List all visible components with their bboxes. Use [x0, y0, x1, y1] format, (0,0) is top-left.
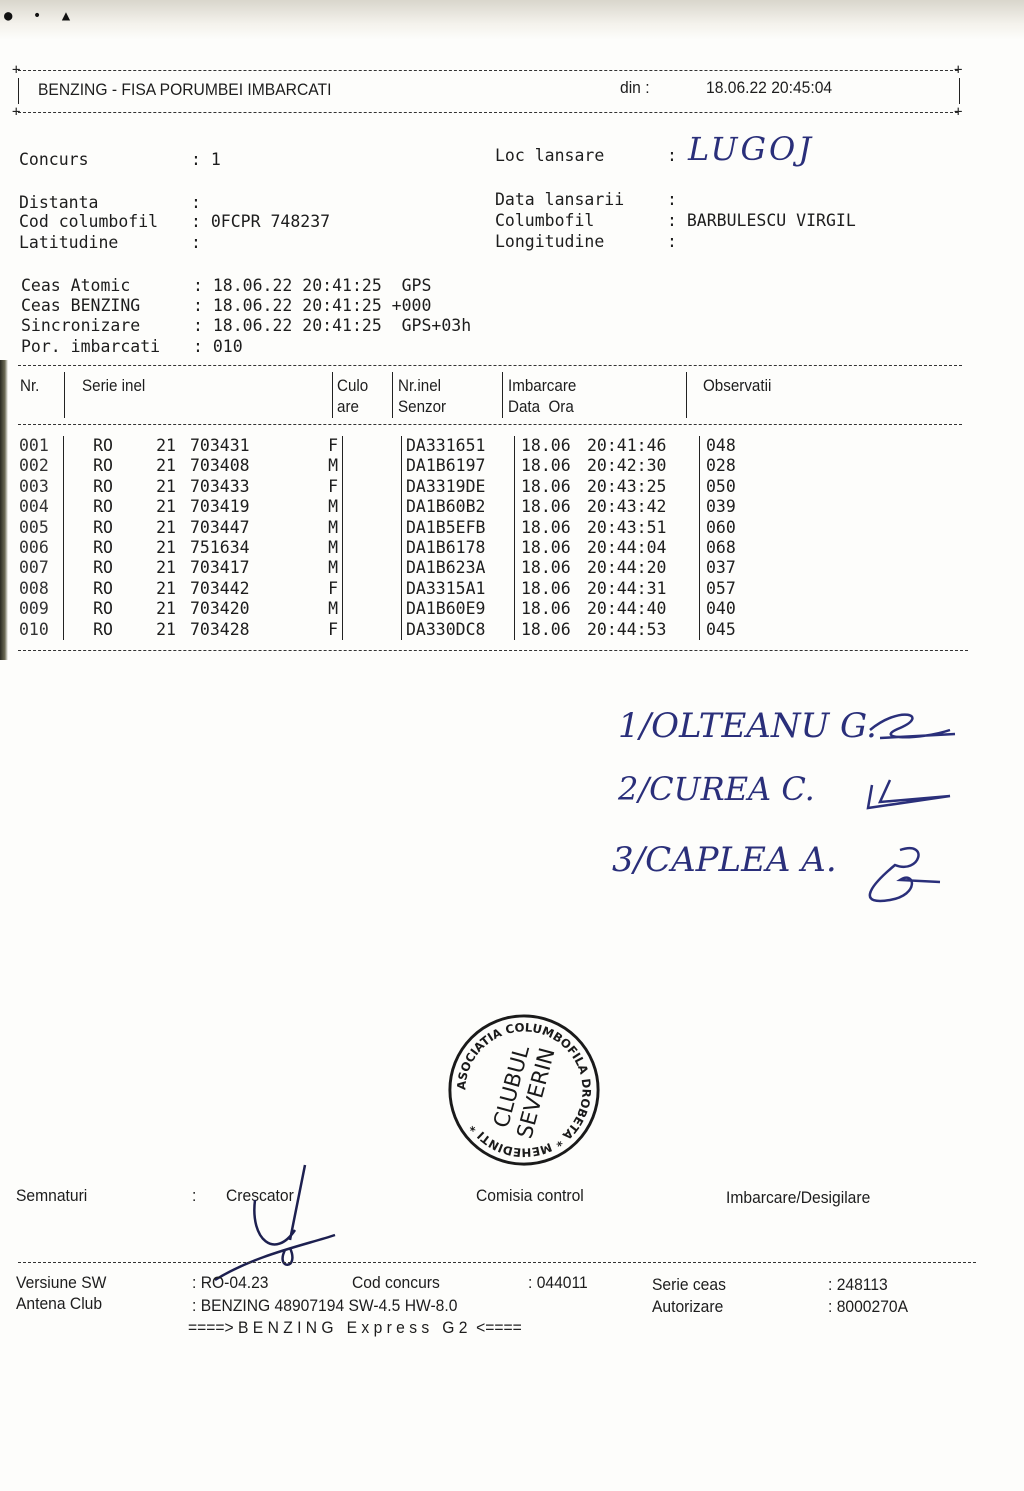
ring-year: 21 — [142, 599, 190, 619]
loc-lansare-label: Loc lansare — [495, 146, 667, 165]
sincronizare-value: 18.06.22 20:41:25 GPS+03h — [213, 316, 471, 335]
serie-ceas-value: 248113 — [837, 1275, 888, 1294]
ring-country: RO — [64, 497, 143, 517]
table-header-rule — [18, 424, 962, 425]
ring-country: RO — [64, 436, 143, 456]
row-number: 002 — [16, 456, 64, 476]
pigeon-color — [343, 456, 402, 476]
pigeon-sex: M — [282, 558, 343, 578]
boarding-date: 18.06 — [515, 558, 588, 578]
observation: 057 — [700, 579, 787, 599]
ring-year: 21 — [142, 620, 190, 640]
table-row: 003RO21703433FDA3319DE18.0620:43:25050 — [16, 477, 786, 497]
table-row: 002RO21703408MDA1B619718.0620:42:30028 — [16, 456, 786, 476]
ceas-benzing-label: Ceas BENZING — [21, 296, 193, 315]
ring-year: 21 — [142, 477, 190, 497]
boarding-time: 20:43:51 — [587, 518, 700, 538]
ring-country: RO — [64, 620, 143, 640]
ring-number: 703420 — [190, 599, 282, 619]
observation: 060 — [700, 518, 787, 538]
table-row: 001RO21703431FDA33165118.0620:41:46048 — [16, 436, 786, 456]
pigeon-sex: M — [282, 497, 343, 517]
imbarcare-desigilare-label: Imbarcare/Desigilare — [726, 1188, 870, 1208]
columbofil-label: Columbofil — [495, 211, 667, 230]
ring-country: RO — [64, 558, 143, 578]
header-top-rule — [18, 70, 958, 71]
autorizare-label: Autorizare — [652, 1297, 723, 1317]
boarding-time: 20:43:42 — [587, 497, 700, 517]
boarding-time: 20:44:20 — [587, 558, 700, 578]
col-header-senzor: Nr.inel — [398, 377, 441, 396]
pigeon-sex: M — [282, 599, 343, 619]
ceas-atomic-label: Ceas Atomic — [21, 276, 193, 295]
cod-columbofil-value: 0FCPR 748237 — [211, 212, 330, 231]
semnaturi-label: Semnaturi — [16, 1186, 87, 1206]
versiune-sw-label: Versiune SW — [16, 1273, 106, 1293]
header-bottom-rule — [18, 112, 958, 113]
porumbei-imbarcati-value: 010 — [213, 337, 243, 356]
row-number: 008 — [16, 579, 64, 599]
sensor-ring: DA1B5EFB — [402, 518, 515, 538]
sensor-ring: DA1B623A — [402, 558, 515, 578]
columbofil-value: BARBULESCU VIRGIL — [687, 211, 856, 230]
boarding-time: 20:44:53 — [587, 620, 700, 640]
sensor-ring: DA1B6178 — [402, 538, 515, 558]
ring-year: 21 — [142, 579, 190, 599]
observation: 037 — [700, 558, 787, 578]
ring-year: 21 — [142, 456, 190, 476]
sensor-ring: DA1B60E9 — [402, 599, 515, 619]
commission-member-3: 3/CAPLEA A. — [612, 840, 837, 880]
row-number: 007 — [16, 558, 64, 578]
observation: 048 — [700, 436, 787, 456]
boarding-time: 20:44:40 — [587, 599, 700, 619]
sensor-ring: DA330DC8 — [402, 620, 515, 640]
benzing-express-banner: ====> B E N Z I N G E x p r e s s G 2 <=… — [188, 1318, 522, 1338]
scan-specks: ● • ▲ — [4, 8, 76, 24]
col-header-serie-inel: Serie inel — [82, 377, 145, 396]
pigeon-sex: F — [282, 477, 343, 497]
commission-signatures — [860, 700, 960, 920]
sensor-ring: DA1B60B2 — [402, 497, 515, 517]
row-number: 009 — [16, 599, 64, 619]
club-stamp: ASOCIATIA COLUMBOFILA DROBETA * MEHEDINT… — [446, 1012, 602, 1168]
scan-left-edge — [0, 360, 8, 660]
pigeon-color — [343, 436, 402, 456]
antena-club-label: Antena Club — [16, 1294, 102, 1314]
row-number: 003 — [16, 477, 64, 497]
pigeons-table: 001RO21703431FDA33165118.0620:41:4604800… — [16, 436, 786, 640]
ring-country: RO — [64, 579, 143, 599]
ring-number: 703408 — [190, 456, 282, 476]
issue-date-value: 18.06.22 20:45:04 — [706, 78, 832, 98]
autorizare-value: 8000270A — [837, 1297, 908, 1316]
table-row: 009RO21703420MDA1B60E918.0620:44:40040 — [16, 599, 786, 619]
sensor-ring: DA3315A1 — [402, 579, 515, 599]
pigeon-color — [343, 518, 402, 538]
ring-country: RO — [64, 518, 143, 538]
ring-country: RO — [64, 538, 143, 558]
pigeon-color — [343, 558, 402, 578]
pigeon-sex: F — [282, 620, 343, 640]
ring-number: 703428 — [190, 620, 282, 640]
pigeon-color — [343, 599, 402, 619]
pigeon-sex: F — [282, 579, 343, 599]
scan-top-shadow — [0, 0, 1024, 40]
footer-rule — [18, 1262, 976, 1263]
row-number: 001 — [16, 436, 64, 456]
sensor-ring: DA331651 — [402, 436, 515, 456]
concurs-value: 1 — [211, 150, 221, 169]
ring-number: 703447 — [190, 518, 282, 538]
concurs-label: Concurs — [19, 150, 191, 169]
observation: 050 — [700, 477, 787, 497]
ring-number: 703419 — [190, 497, 282, 517]
cod-concurs-label: Cod concurs — [352, 1273, 440, 1293]
pigeon-sex: F — [282, 436, 343, 456]
loc-lansare-handwritten: LUGOJ — [688, 130, 814, 168]
pigeon-color — [343, 620, 402, 640]
ring-number: 703433 — [190, 477, 282, 497]
longitudine-label: Longitudine — [495, 232, 667, 251]
boarding-time: 20:42:30 — [587, 456, 700, 476]
ring-year: 21 — [142, 518, 190, 538]
pigeon-sex: M — [282, 538, 343, 558]
data-lansarii-label: Data lansarii — [495, 190, 667, 209]
table-top-rule — [18, 365, 962, 366]
breeder-signature — [195, 1160, 345, 1290]
table-row: 008RO21703442FDA3315A118.0620:44:31057 — [16, 579, 786, 599]
table-row: 007RO21703417MDA1B623A18.0620:44:20037 — [16, 558, 786, 578]
col-header-imbarcare: Imbarcare — [508, 377, 576, 396]
boarding-time: 20:41:46 — [587, 436, 700, 456]
boarding-date: 18.06 — [515, 436, 588, 456]
ring-number: 703431 — [190, 436, 282, 456]
col-header-culoare: Culo — [337, 377, 368, 396]
antena-club-value: BENZING 48907194 SW-4.5 HW-8.0 — [201, 1296, 458, 1315]
sincronizare-label: Sincronizare — [21, 316, 193, 335]
boarding-date: 18.06 — [515, 477, 588, 497]
ring-year: 21 — [142, 436, 190, 456]
boarding-date: 18.06 — [515, 538, 588, 558]
table-row: 006RO21751634MDA1B617818.0620:44:04068 — [16, 538, 786, 558]
pigeon-sex: M — [282, 456, 343, 476]
row-number: 006 — [16, 538, 64, 558]
observation: 039 — [700, 497, 787, 517]
table-row: 004RO21703419MDA1B60B218.0620:43:42039 — [16, 497, 786, 517]
document-title: BENZING - FISA PORUMBEI IMBARCATI — [38, 80, 331, 100]
issue-date-label: din : — [620, 78, 650, 98]
observation: 040 — [700, 599, 787, 619]
observation: 045 — [700, 620, 787, 640]
ring-year: 21 — [142, 558, 190, 578]
boarding-date: 18.06 — [515, 497, 588, 517]
latitudine-label: Latitudine — [19, 233, 191, 252]
boarding-date: 18.06 — [515, 599, 588, 619]
commission-member-1: 1/OLTEANU G. — [618, 706, 877, 746]
porumbei-imbarcati-label: Por. imbarcati — [21, 337, 193, 356]
boarding-time: 20:44:31 — [587, 579, 700, 599]
commission-member-2: 2/CUREA C. — [618, 770, 815, 808]
boarding-date: 18.06 — [515, 579, 588, 599]
boarding-date: 18.06 — [515, 620, 588, 640]
col-header-observatii: Observatii — [703, 377, 771, 396]
observation: 028 — [700, 456, 787, 476]
ring-country: RO — [64, 599, 143, 619]
observation: 068 — [700, 538, 787, 558]
ring-year: 21 — [142, 538, 190, 558]
boarding-date: 18.06 — [515, 456, 588, 476]
pigeon-color — [343, 579, 402, 599]
ring-number: 703442 — [190, 579, 282, 599]
row-number: 004 — [16, 497, 64, 517]
ring-country: RO — [64, 477, 143, 497]
pigeon-color — [343, 497, 402, 517]
ring-number: 751634 — [190, 538, 282, 558]
ceas-atomic-value: 18.06.22 20:41:25 GPS — [213, 276, 432, 295]
ring-country: RO — [64, 456, 143, 476]
pigeon-color — [343, 477, 402, 497]
pigeon-sex: M — [282, 518, 343, 538]
table-row: 005RO21703447MDA1B5EFB18.0620:43:51060 — [16, 518, 786, 538]
boarding-date: 18.06 — [515, 518, 588, 538]
sensor-ring: DA3319DE — [402, 477, 515, 497]
ring-number: 703417 — [190, 558, 282, 578]
distanta-label: Distanta — [19, 193, 191, 212]
row-number: 005 — [16, 518, 64, 538]
sensor-ring: DA1B6197 — [402, 456, 515, 476]
ring-year: 21 — [142, 497, 190, 517]
row-number: 010 — [16, 620, 64, 640]
versiune-sw-value: RO-04.23 — [201, 1273, 269, 1292]
boarding-time: 20:43:25 — [587, 477, 700, 497]
table-bottom-rule — [18, 650, 968, 651]
boarding-time: 20:44:04 — [587, 538, 700, 558]
pigeon-color — [343, 538, 402, 558]
col-header-nr: Nr. — [20, 377, 39, 396]
ceas-benzing-value: 18.06.22 20:41:25 +000 — [213, 296, 432, 315]
cod-columbofil-label: Cod columbofil — [19, 212, 191, 231]
cod-concurs-value: 044011 — [537, 1273, 588, 1292]
comisia-control-label: Comisia control — [476, 1186, 584, 1206]
table-row: 010RO21703428FDA330DC818.0620:44:53045 — [16, 620, 786, 640]
serie-ceas-label: Serie ceas — [652, 1275, 726, 1295]
